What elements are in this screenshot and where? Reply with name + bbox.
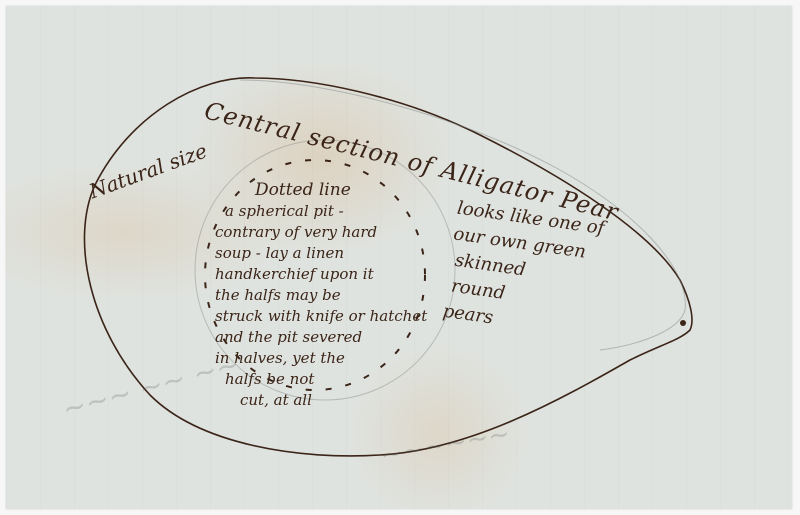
inner-note-line: the halfs may be bbox=[215, 285, 427, 306]
inner-note-line: contrary of very hard bbox=[215, 222, 427, 243]
inner-note-heading: Dotted line bbox=[255, 180, 427, 201]
inner-note-line: handkerchief upon it bbox=[215, 264, 427, 285]
inner-note-line: and the pit severed bbox=[215, 327, 427, 348]
inner-note-line: a spherical pit - bbox=[225, 201, 427, 222]
side-note: looks like one of our own green skinned … bbox=[441, 196, 606, 345]
inner-note-line: halfs be not bbox=[225, 369, 427, 390]
inner-note-line: soup - lay a linen bbox=[215, 243, 427, 264]
inner-note-line: cut, at all bbox=[240, 390, 427, 411]
inner-note-line: struck with knife or hatchet bbox=[215, 306, 427, 327]
inner-note: Dotted line a spherical pit - contrary o… bbox=[215, 180, 427, 411]
stem-dot bbox=[680, 320, 686, 326]
inner-note-line: in halves, yet the bbox=[215, 348, 427, 369]
